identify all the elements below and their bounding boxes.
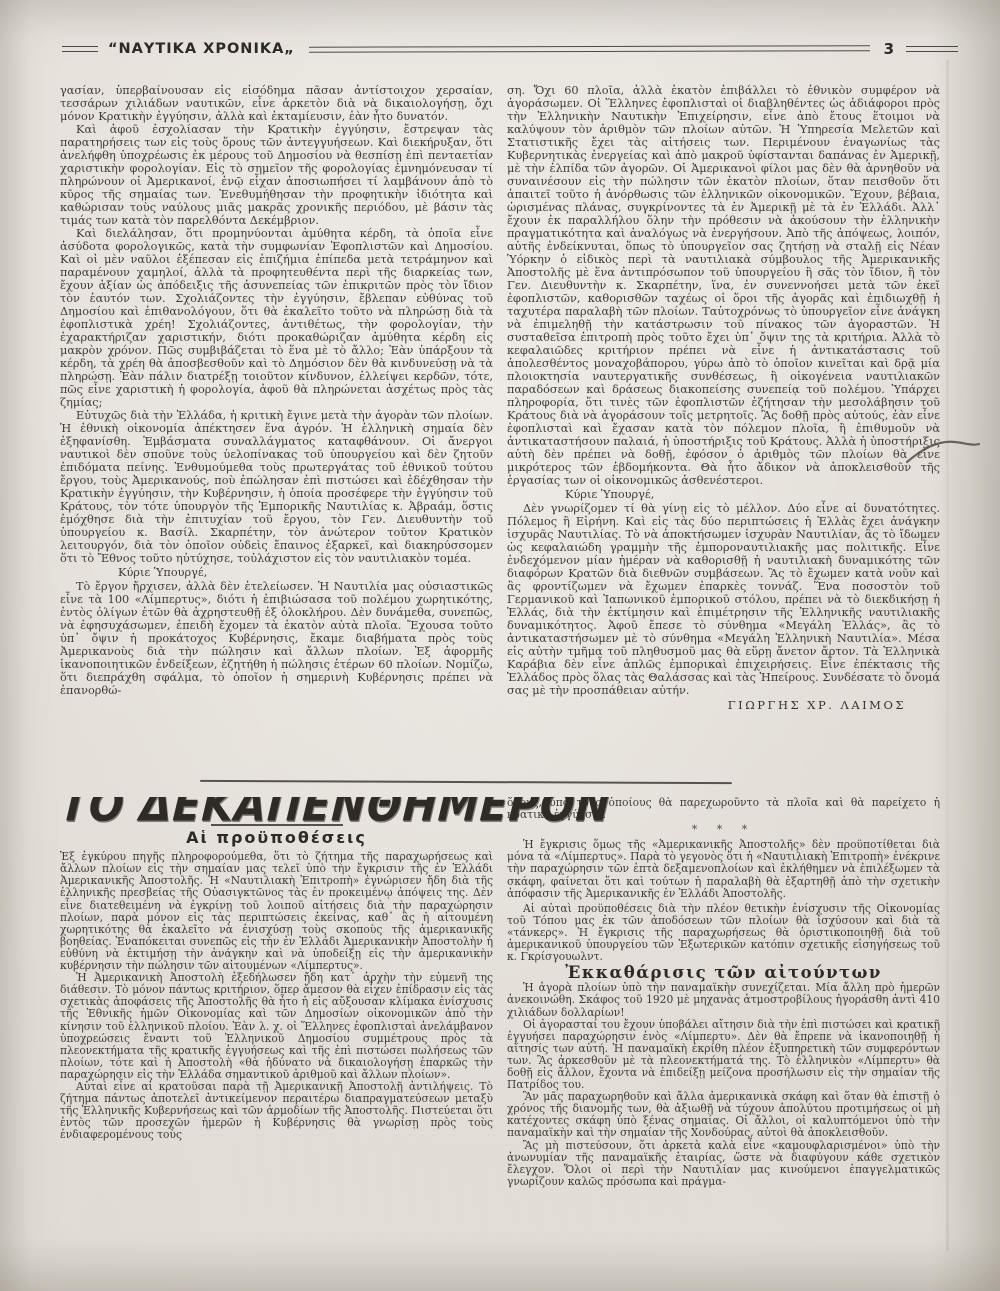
lead-article-right-column: ση. Ὄχι 60 πλοῖα, ἀλλὰ ἑκατὸν ἐπιβάλλει …	[507, 84, 940, 780]
paragraph: γασίαν, ὑπερβαίνουσαν εἰς εἰσόδημα πᾶσαν…	[60, 84, 493, 123]
paragraph: Οἱ ἀγορασταί του ἔχουν ὑποβάλει αἴτησιν …	[507, 1019, 940, 1092]
paragraph: Ἂν μᾶς παραχωρηθοῦν καὶ ἄλλα ἀμερικανικὰ…	[507, 1091, 940, 1139]
paragraph: Ἡ ἔγκρισις ὅμως τῆς «Ἀμερικανικῆς Ἀποστο…	[507, 839, 940, 899]
header-rule-right	[906, 46, 958, 52]
page-number: 3	[884, 40, 894, 58]
paragraph: Αἱ αὐταὶ προϋποθέσεις διὰ τὴν πλέον θετι…	[507, 903, 940, 963]
paragraph: Καὶ ἀφοῦ ἐσχολίασαν τὴν Κρατικὴν ἐγγύησι…	[60, 123, 493, 227]
page-header: “ΝΑΥΤΙΚΑ ΧΡΟΝΙΚΑ„ 3	[62, 40, 958, 58]
paragraph: Ἡ Ἀμερικανικὴ Ἀποστολὴ ἐξεδήλωσεν ἤδη κα…	[60, 972, 493, 1081]
paragraph: Αὐταὶ εἶνε αἱ κρατοῦσαι παρὰ τῇ Ἀμερικαν…	[60, 1081, 493, 1141]
fortnight-right-column: ὅρους, ὑπὸ τοὺς ὁποίους θὰ παρεχωροῦντο …	[507, 797, 940, 1291]
subheading-clearance-of-applicants: Ἐκκαθάρισις τῶν αἰτούντων	[507, 967, 940, 979]
paragraph: Ἂς μὴ πιστεύσουν, ὅτι ἀρκετὰ καλὰ εἶνε «…	[507, 1140, 940, 1188]
section-divider-rule	[200, 780, 732, 784]
paragraph: Ἐξ ἐγκύρου πηγῆς πληροφορούμεθα, ὅτι τὸ …	[60, 851, 493, 972]
paragraph: Τὸ ἔργον ἤρχισεν, ἀλλὰ δὲν ἐτελείωσεν. Ἡ…	[60, 580, 493, 697]
subheading-preconditions: Αἱ προϋποθέσεις	[60, 832, 493, 844]
paragraph: Εὐτυχῶς διὰ τὴν Ἑλλάδα, ἡ κριτικὴ ἔγινε …	[60, 409, 493, 565]
paragraph: Ἡ ἀγορὰ πλοίων ὑπὸ τὴν παναμαϊκὴν συνεχί…	[507, 982, 940, 1018]
paragraph: ση. Ὄχι 60 πλοῖα, ἀλλὰ ἑκατὸν ἐπιβάλλει …	[507, 84, 940, 487]
newspaper-page: “ΝΑΥΤΙΚΑ ΧΡΟΝΙΚΑ„ 3 γασίαν, ὑπερβαίνουσα…	[0, 0, 1000, 1291]
salutation: Κύριε Ὑπουργέ,	[60, 566, 493, 579]
paragraph: Δὲν γνωρίζομεν τί θὰ γίνῃ εἰς τὸ μέλλον.…	[507, 502, 940, 697]
header-rule-center	[309, 45, 870, 52]
author-signature: ΓΙΩΡΓΗΣ ΧΡ. ΛΑΙΜΟΣ	[507, 699, 906, 712]
lead-article-left-column: γασίαν, ὑπερβαίνουσαν εἰς εἰσόδημα πᾶσαν…	[60, 84, 493, 780]
pen-mark	[903, 428, 983, 476]
paper-crease	[946, 60, 949, 1251]
section-headline: ΤΟ ΔΕΚΑΠΕΝΘΗΜΕΡΟΝ	[60, 798, 493, 812]
fortnight-left-column: ΤΟ ΔΕΚΑΠΕΝΘΗΜΕΡΟΝ Αἱ προϋποθέσεις Ἐξ ἐγκ…	[60, 797, 493, 1291]
fortnight-section: ΤΟ ΔΕΚΑΠΕΝΘΗΜΕΡΟΝ Αἱ προϋποθέσεις Ἐξ ἐγκ…	[60, 797, 940, 1291]
paragraph: Καὶ διελάλησαν, ὅτι προμηνύονται ἀμύθητα…	[60, 227, 493, 409]
salutation: Κύριε Ὑπουργέ,	[507, 488, 940, 501]
lead-article: γασίαν, ὑπερβαίνουσαν εἰς εἰσόδημα πᾶσαν…	[60, 84, 940, 780]
header-rule-left	[62, 46, 98, 52]
masthead-title: “ΝΑΥΤΙΚΑ ΧΡΟΝΙΚΑ„	[108, 41, 295, 57]
